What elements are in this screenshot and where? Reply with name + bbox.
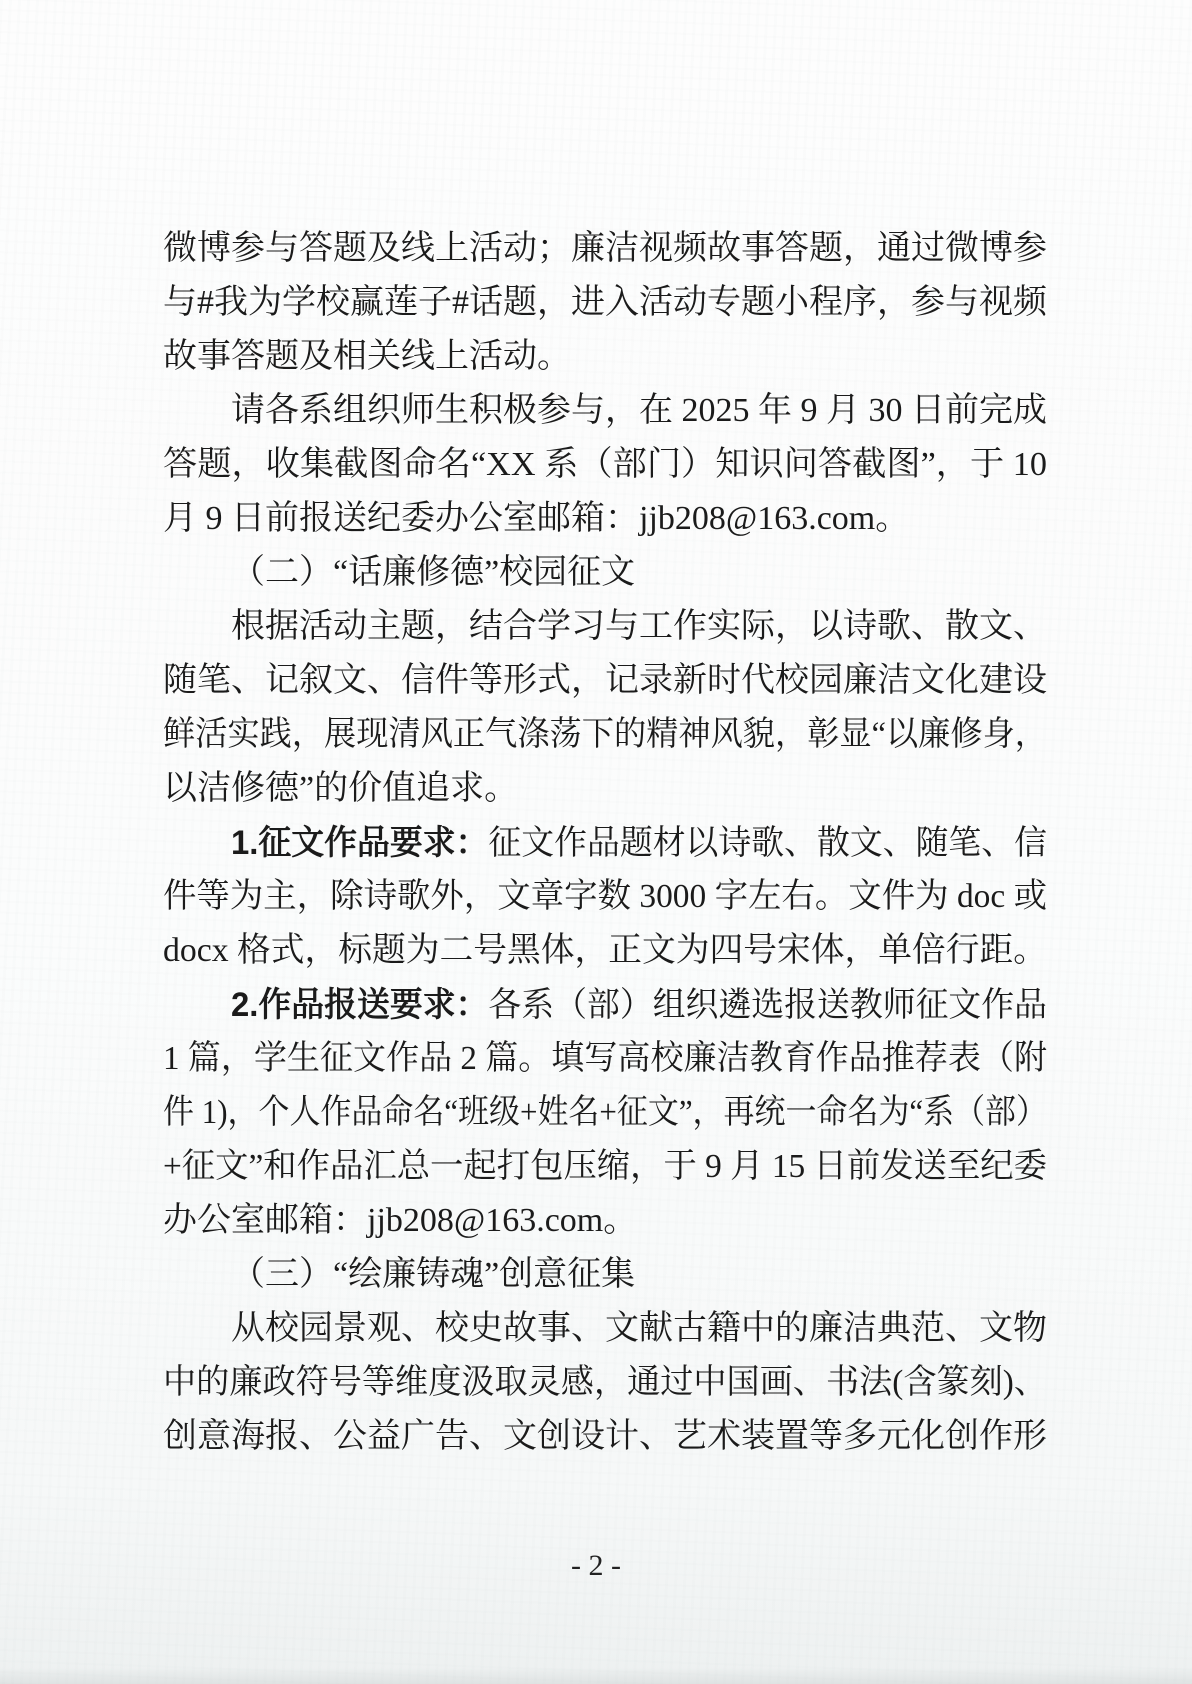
text-line-content: 与#我为学校赢莲子#话题，进入活动专题小程序，参与视频 bbox=[163, 276, 1047, 330]
text-line-content: 件 1)，个人作品命名“班级+姓名+征文”，再统一命名为“系（部） bbox=[163, 1086, 1047, 1140]
text-run: 微博参与答题及线上活动；廉洁视频故事答题，通过微博参 bbox=[163, 230, 1047, 267]
text-run: 与#我为学校赢莲子#话题，进入活动专题小程序，参与视频 bbox=[163, 284, 1047, 321]
text-line-content: 以洁修德”的价值追求。 bbox=[163, 762, 518, 816]
text-line: 创意海报、公益广告、文创设计、艺术装置等多元化创作形 bbox=[163, 1410, 1047, 1464]
text-line: 从校园景观、校史故事、文献古籍中的廉洁典范、文物 bbox=[163, 1302, 1047, 1356]
text-line: （二）“话廉修德”校园征文 bbox=[163, 546, 1047, 600]
text-line: 根据活动主题，结合学习与工作实际，以诗歌、散文、 bbox=[163, 600, 1047, 654]
text-run: 随笔、记叙文、信件等形式，记录新时代校园廉洁文化建设 bbox=[163, 662, 1047, 699]
text-line-content: 1 篇，学生征文作品 2 篇。填写高校廉洁教育作品推荐表（附 bbox=[163, 1032, 1047, 1086]
text-line: 故事答题及相关线上活动。 bbox=[163, 330, 1047, 384]
text-line-content: 微博参与答题及线上活动；廉洁视频故事答题，通过微博参 bbox=[163, 222, 1047, 276]
text-line: 以洁修德”的价值追求。 bbox=[163, 762, 1047, 816]
text-line: 鲜活实践，展现清风正气涤荡下的精神风貌，彰显“以廉修身， bbox=[163, 708, 1047, 762]
text-line: （三）“绘廉铸魂”创意征集 bbox=[163, 1248, 1047, 1302]
text-line-content: （二）“话廉修德”校园征文 bbox=[231, 546, 635, 600]
text-run: （二）“话廉修德”校园征文 bbox=[231, 554, 635, 591]
text-line-content: +征文”和作品汇总一起打包压缩，于 9 月 15 日前发送至纪委 bbox=[163, 1140, 1047, 1194]
text-line: 月 9 日前报送纪委办公室邮箱：jjb208@163.com。 bbox=[163, 492, 1047, 546]
text-run: 鲜活实践，展现清风正气涤荡下的精神风貌，彰显“以廉修身， bbox=[163, 716, 1047, 753]
text-line: docx 格式，标题为二号黑体，正文为四号宋体，单倍行距。 bbox=[163, 924, 1047, 978]
text-run: 征文作品题材以诗歌、散文、随笔、信 bbox=[488, 825, 1047, 862]
text-run: +征文”和作品汇总一起打包压缩，于 9 月 15 日前发送至纪委 bbox=[163, 1148, 1047, 1185]
text-line-content: 故事答题及相关线上活动。 bbox=[163, 330, 571, 384]
text-line-content: 件等为主，除诗歌外，文章字数 3000 字左右。文件为 doc 或 bbox=[163, 870, 1047, 924]
text-line-content: 请各系组织师生积极参与，在 2025 年 9 月 30 日前完成 bbox=[231, 384, 1047, 438]
text-run: 中的廉政符号等维度汲取灵感，通过中国画、书法(含篆刻)、 bbox=[163, 1364, 1047, 1401]
text-line: 与#我为学校赢莲子#话题，进入活动专题小程序，参与视频 bbox=[163, 276, 1047, 330]
text-line: 2.作品报送要求：各系（部）组织遴选报送教师征文作品 bbox=[163, 978, 1047, 1032]
text-run: 以洁修德”的价值追求。 bbox=[163, 770, 518, 807]
text-line: 微博参与答题及线上活动；廉洁视频故事答题，通过微博参 bbox=[163, 222, 1047, 276]
text-line-content: 办公室邮箱：jjb208@163.com。 bbox=[163, 1194, 637, 1248]
text-run: 各系（部）组织遴选报送教师征文作品 bbox=[488, 987, 1047, 1024]
text-line-content: docx 格式，标题为二号黑体，正文为四号宋体，单倍行距。 bbox=[163, 924, 1047, 978]
text-line-content: 创意海报、公益广告、文创设计、艺术装置等多元化创作形 bbox=[163, 1410, 1047, 1464]
text-line: 件等为主，除诗歌外，文章字数 3000 字左右。文件为 doc 或 bbox=[163, 870, 1047, 924]
text-run: docx 格式，标题为二号黑体，正文为四号宋体，单倍行距。 bbox=[163, 932, 1047, 969]
text-run: （三）“绘廉铸魂”创意征集 bbox=[231, 1256, 635, 1293]
text-line-content: 从校园景观、校史故事、文献古籍中的廉洁典范、文物 bbox=[231, 1302, 1047, 1356]
text-line: 件 1)，个人作品命名“班级+姓名+征文”，再统一命名为“系（部） bbox=[163, 1086, 1047, 1140]
document-body: 微博参与答题及线上活动；廉洁视频故事答题，通过微博参与#我为学校赢莲子#话题，进… bbox=[163, 222, 1047, 1464]
text-line-content: 根据活动主题，结合学习与工作实际，以诗歌、散文、 bbox=[231, 600, 1047, 654]
page-footer: - 2 - bbox=[0, 1548, 1192, 1584]
text-line-content: 2.作品报送要求：各系（部）组织遴选报送教师征文作品 bbox=[231, 978, 1047, 1033]
text-run: 件 1)，个人作品命名“班级+姓名+征文”，再统一命名为“系（部） bbox=[163, 1094, 1047, 1131]
bold-heading-run: 1.征文作品要求： bbox=[231, 824, 488, 862]
text-line: 办公室邮箱：jjb208@163.com。 bbox=[163, 1194, 1047, 1248]
text-line: 1.征文作品要求：征文作品题材以诗歌、散文、随笔、信 bbox=[163, 816, 1047, 870]
text-line-content: 中的廉政符号等维度汲取灵感，通过中国画、书法(含篆刻)、 bbox=[163, 1356, 1047, 1410]
text-line: 随笔、记叙文、信件等形式，记录新时代校园廉洁文化建设 bbox=[163, 654, 1047, 708]
text-run: 1 篇，学生征文作品 2 篇。填写高校廉洁教育作品推荐表（附 bbox=[163, 1040, 1047, 1077]
text-run: 从校园景观、校史故事、文献古籍中的廉洁典范、文物 bbox=[231, 1310, 1047, 1347]
text-line-content: （三）“绘廉铸魂”创意征集 bbox=[231, 1248, 635, 1302]
text-run: 请各系组织师生积极参与，在 2025 年 9 月 30 日前完成 bbox=[231, 392, 1047, 429]
text-line-content: 随笔、记叙文、信件等形式，记录新时代校园廉洁文化建设 bbox=[163, 654, 1047, 708]
bold-heading-run: 2.作品报送要求： bbox=[231, 986, 488, 1024]
text-run: 件等为主，除诗歌外，文章字数 3000 字左右。文件为 doc 或 bbox=[163, 878, 1047, 915]
text-run: 月 9 日前报送纪委办公室邮箱：jjb208@163.com。 bbox=[163, 500, 909, 537]
text-line-content: 答题，收集截图命名“XX 系（部门）知识问答截图”，于 10 bbox=[163, 438, 1047, 492]
text-line: +征文”和作品汇总一起打包压缩，于 9 月 15 日前发送至纪委 bbox=[163, 1140, 1047, 1194]
text-run: 故事答题及相关线上活动。 bbox=[163, 338, 571, 375]
text-line: 中的廉政符号等维度汲取灵感，通过中国画、书法(含篆刻)、 bbox=[163, 1356, 1047, 1410]
text-line-content: 鲜活实践，展现清风正气涤荡下的精神风貌，彰显“以廉修身， bbox=[163, 708, 1047, 762]
text-line: 1 篇，学生征文作品 2 篇。填写高校廉洁教育作品推荐表（附 bbox=[163, 1032, 1047, 1086]
text-run: 办公室邮箱：jjb208@163.com。 bbox=[163, 1202, 637, 1239]
text-line: 答题，收集截图命名“XX 系（部门）知识问答截图”，于 10 bbox=[163, 438, 1047, 492]
text-line: 请各系组织师生积极参与，在 2025 年 9 月 30 日前完成 bbox=[163, 384, 1047, 438]
page-number: - 2 - bbox=[571, 1549, 621, 1582]
text-run: 创意海报、公益广告、文创设计、艺术装置等多元化创作形 bbox=[163, 1418, 1047, 1455]
text-line-content: 月 9 日前报送纪委办公室邮箱：jjb208@163.com。 bbox=[163, 492, 909, 546]
text-line-content: 1.征文作品要求：征文作品题材以诗歌、散文、随笔、信 bbox=[231, 816, 1047, 871]
text-run: 根据活动主题，结合学习与工作实际，以诗歌、散文、 bbox=[231, 608, 1047, 645]
text-run: 答题，收集截图命名“XX 系（部门）知识问答截图”，于 10 bbox=[163, 446, 1047, 483]
